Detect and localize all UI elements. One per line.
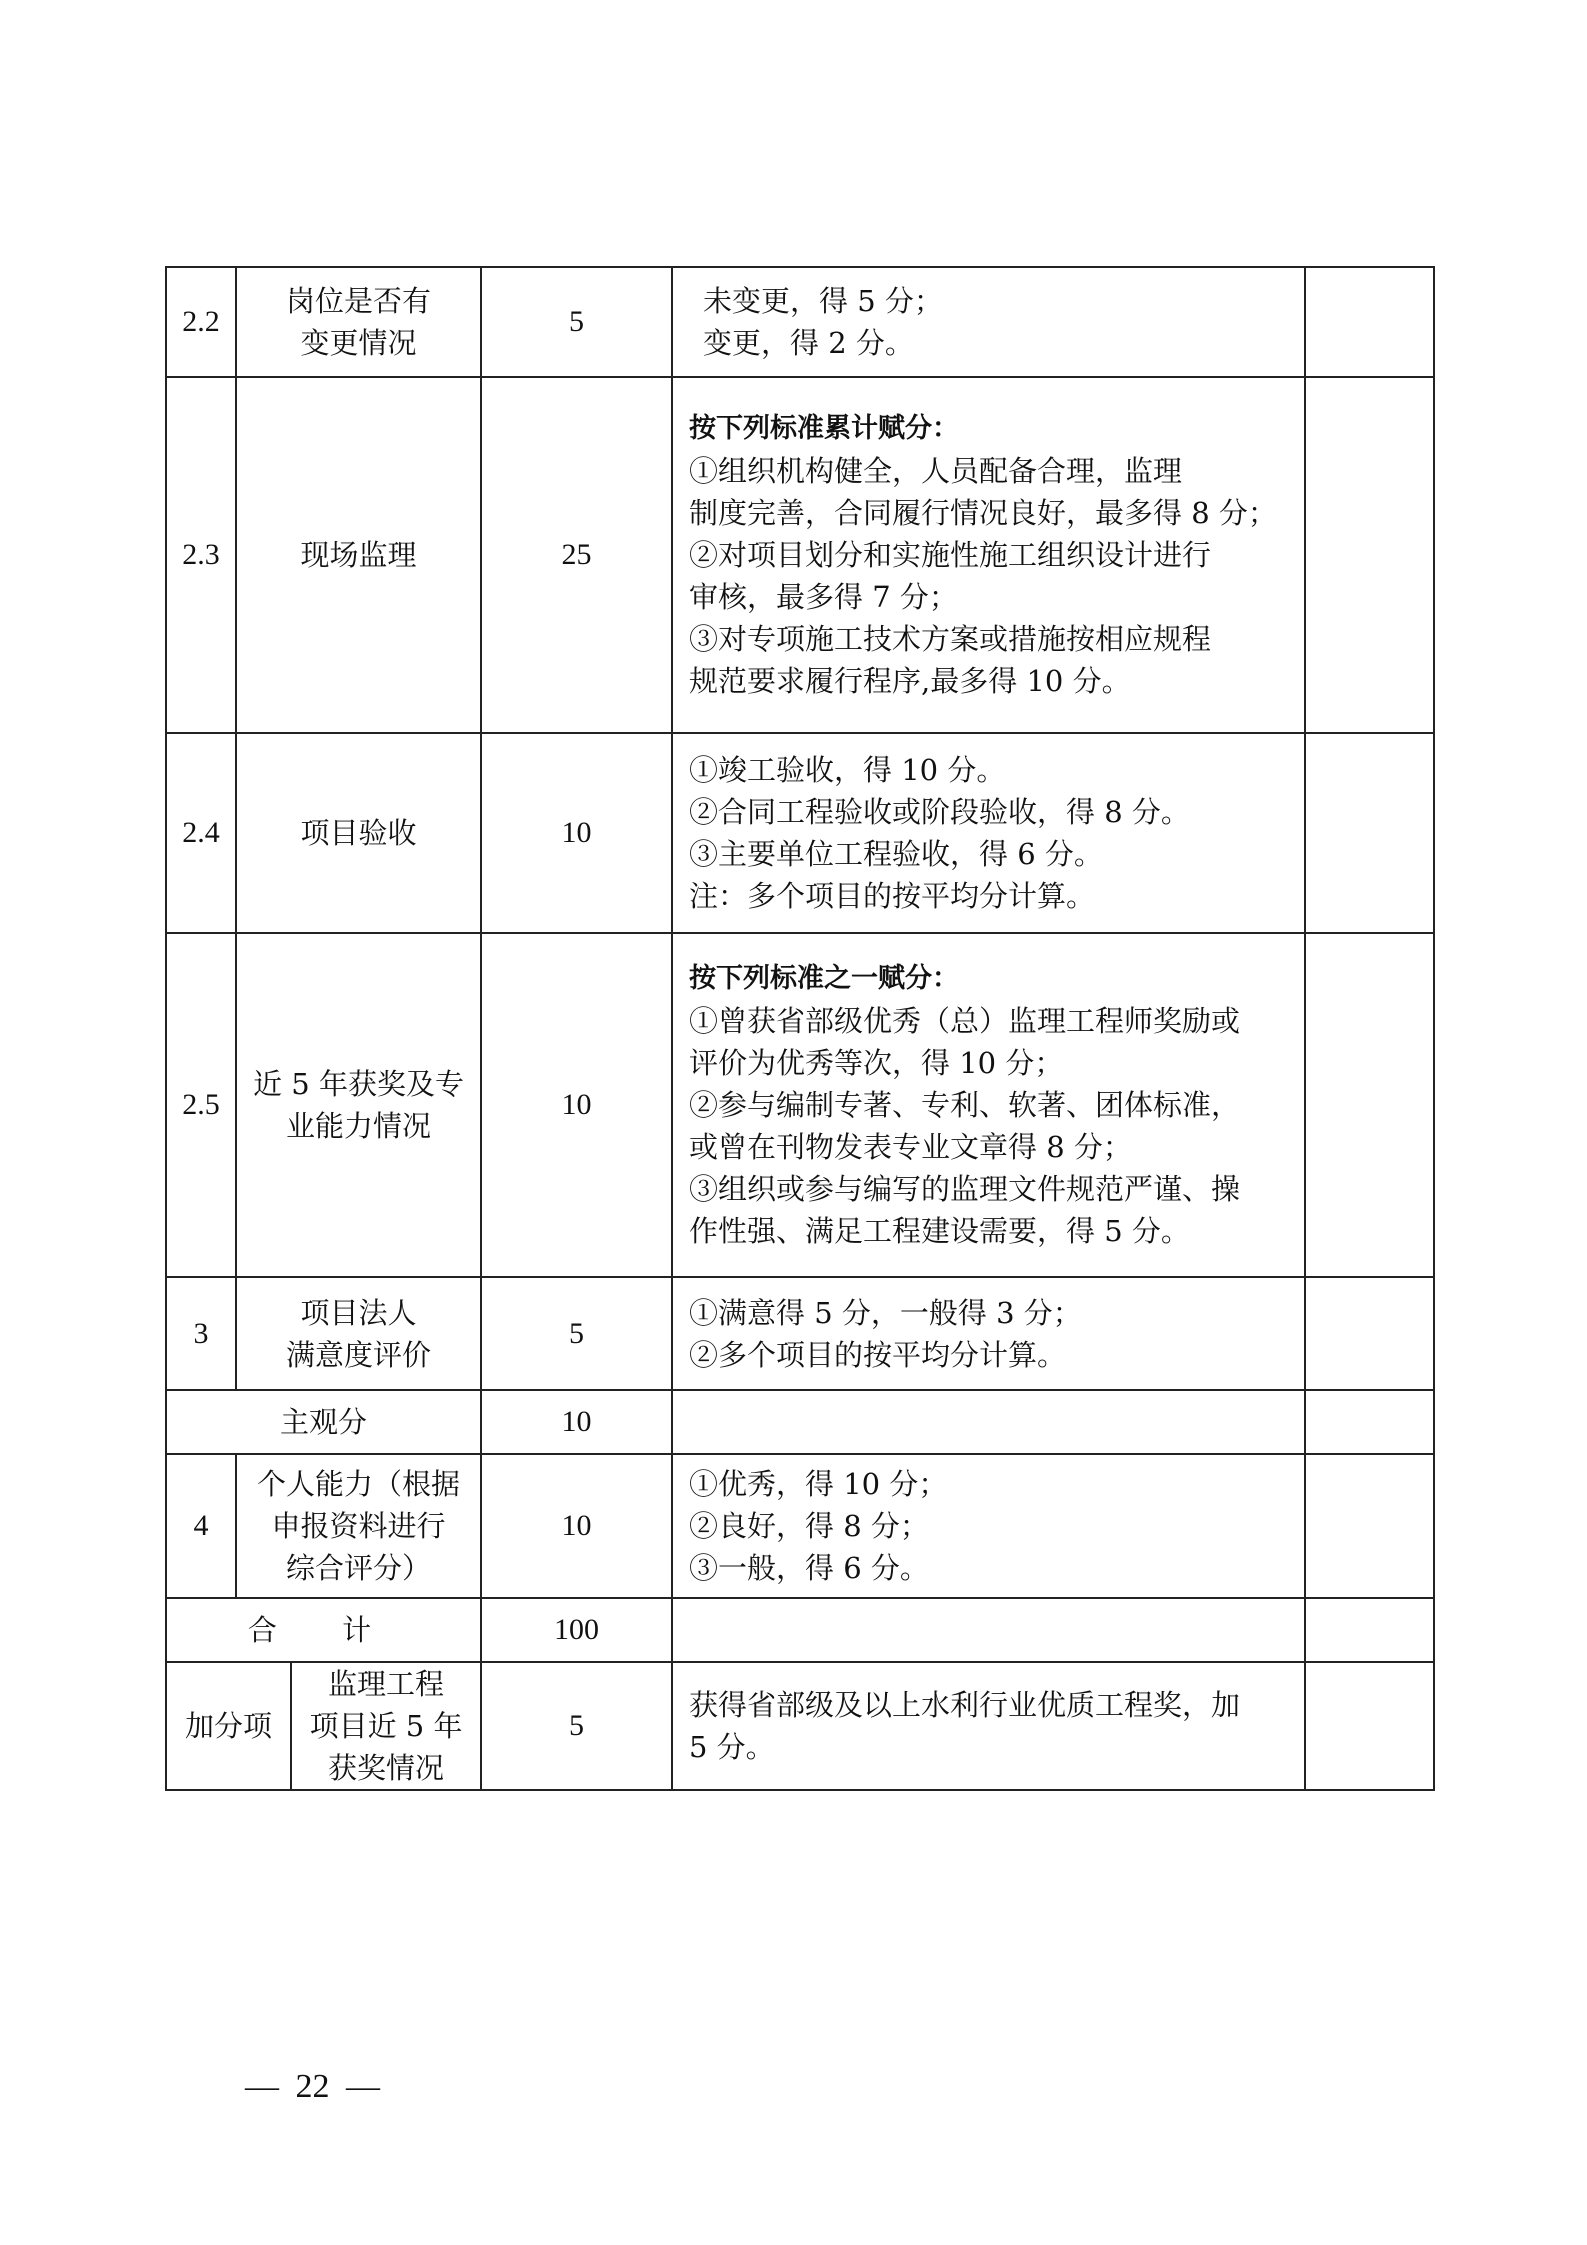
row-number: 2.5 (166, 933, 236, 1277)
table-row-subjective: 主观分 10 (166, 1390, 1434, 1454)
actual-score-cell (1305, 1277, 1434, 1390)
score-value: 10 (481, 1390, 672, 1454)
item-name: 岗位是否有 变更情况 (236, 267, 481, 377)
table-row: 2.2 岗位是否有 变更情况 5 未变更，得 5 分； 变更，得 2 分。 (166, 267, 1434, 377)
criteria-cell: 按下列标准累计赋分： ①组织机构健全，人员配备合理，监理 制度完善，合同履行情况… (672, 377, 1305, 733)
criteria-cell: 获得省部级及以上水利行业优质工程奖，加 5 分。 (672, 1662, 1305, 1790)
bonus-group-label: 加分项 (166, 1662, 291, 1790)
row-number: 2.2 (166, 267, 236, 377)
item-name: 近 5 年获奖及专 业能力情况 (236, 933, 481, 1277)
total-score: 100 (481, 1598, 672, 1662)
criteria-cell: ①竣工验收，得 10 分。 ②合同工程验收或阶段验收，得 8 分。 ③主要单位工… (672, 733, 1305, 933)
table-row: 2.5 近 5 年获奖及专 业能力情况 10 按下列标准之一赋分： ①曾获省部级… (166, 933, 1434, 1277)
item-name: 项目法人 满意度评价 (236, 1277, 481, 1390)
criteria-cell: 按下列标准之一赋分： ①曾获省部级优秀（总）监理工程师奖励或 评价为优秀等次，得… (672, 933, 1305, 1277)
actual-score-cell (1305, 267, 1434, 377)
criteria-title: 按下列标准累计赋分： (689, 408, 1292, 450)
actual-score-cell (1305, 1598, 1434, 1662)
page-number: — 22 — (245, 2068, 380, 2106)
score-value: 10 (481, 1454, 672, 1598)
score-value: 10 (481, 933, 672, 1277)
table-row-bonus: 加分项 监理工程 项目近 5 年 获奖情况 5 获得省部级及以上水利行业优质工程… (166, 1662, 1434, 1790)
criteria-cell: ①满意得 5 分，一般得 3 分； ②多个项目的按平均分计算。 (672, 1277, 1305, 1390)
score-value: 5 (481, 1277, 672, 1390)
criteria-cell: ①优秀，得 10 分； ②良好，得 8 分； ③一般，得 6 分。 (672, 1454, 1305, 1598)
score-value: 10 (481, 733, 672, 933)
actual-score-cell (1305, 933, 1434, 1277)
criteria-cell: 未变更，得 5 分； 变更，得 2 分。 (672, 267, 1305, 377)
item-name: 现场监理 (236, 377, 481, 733)
table-row: 2.3 现场监理 25 按下列标准累计赋分： ①组织机构健全，人员配备合理，监理… (166, 377, 1434, 733)
actual-score-cell (1305, 733, 1434, 933)
table-row: 4 个人能力（根据 申报资料进行 综合评分） 10 ①优秀，得 10 分； ②良… (166, 1454, 1434, 1598)
scoring-table: 2.2 岗位是否有 变更情况 5 未变更，得 5 分； 变更，得 2 分。 2.… (165, 266, 1435, 1791)
row-number: 2.4 (166, 733, 236, 933)
score-value: 25 (481, 377, 672, 733)
item-name: 监理工程 项目近 5 年 获奖情况 (291, 1662, 481, 1790)
section-label: 主观分 (166, 1390, 481, 1454)
criteria-cell (672, 1598, 1305, 1662)
total-label: 合 计 (166, 1598, 481, 1662)
row-number: 2.3 (166, 377, 236, 733)
actual-score-cell (1305, 1662, 1434, 1790)
item-name: 个人能力（根据 申报资料进行 综合评分） (236, 1454, 481, 1598)
actual-score-cell (1305, 1390, 1434, 1454)
score-value: 5 (481, 1662, 672, 1790)
actual-score-cell (1305, 377, 1434, 733)
actual-score-cell (1305, 1454, 1434, 1598)
row-number: 3 (166, 1277, 236, 1390)
table-row: 3 项目法人 满意度评价 5 ①满意得 5 分，一般得 3 分； ②多个项目的按… (166, 1277, 1434, 1390)
table-row-total: 合 计 100 (166, 1598, 1434, 1662)
table-row: 2.4 项目验收 10 ①竣工验收，得 10 分。 ②合同工程验收或阶段验收，得… (166, 733, 1434, 933)
item-name: 项目验收 (236, 733, 481, 933)
criteria-cell (672, 1390, 1305, 1454)
score-value: 5 (481, 267, 672, 377)
row-number: 4 (166, 1454, 236, 1598)
criteria-title: 按下列标准之一赋分： (689, 958, 1292, 1000)
